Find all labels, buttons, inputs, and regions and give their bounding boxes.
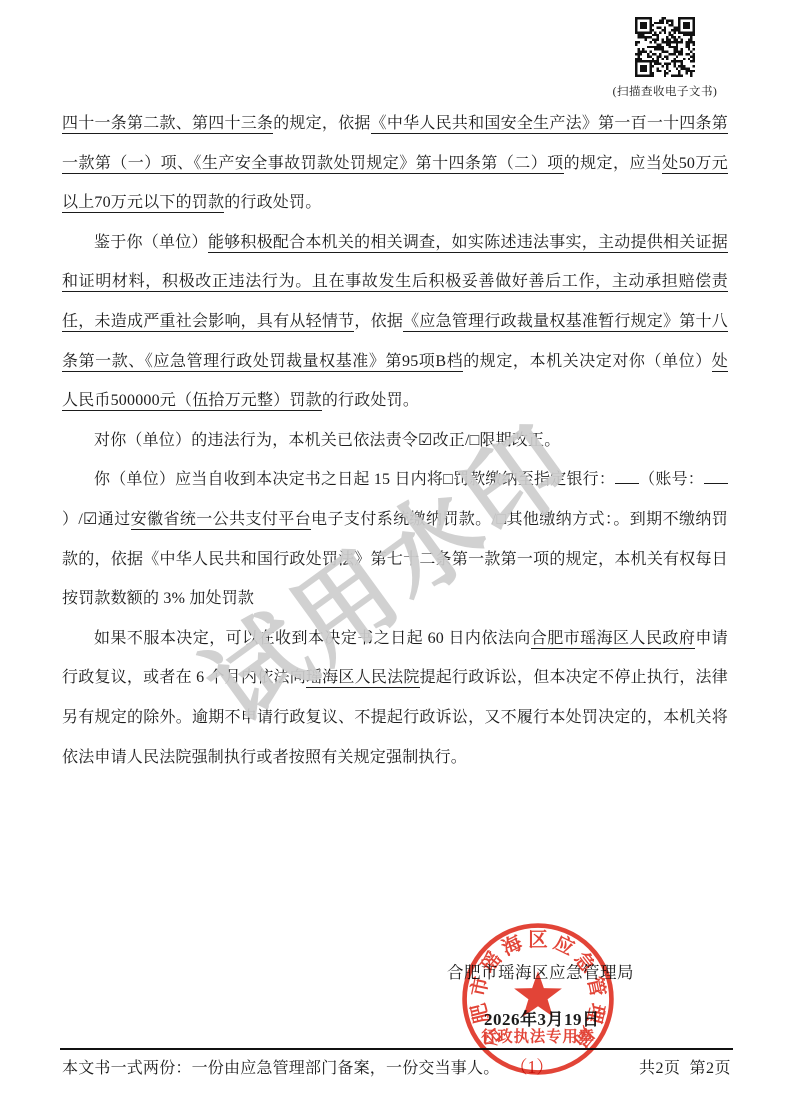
paragraph-2: 鉴于你（单位）能够积极配合本机关的相关调查，如实陈述违法事实，主动提供相关证据和… (62, 223, 728, 421)
document-page: (扫描查收电子文书) 试用水印 四十一条第二款、第四十三条的规定，依据《中华人民… (0, 0, 789, 1119)
blank-field (615, 467, 639, 484)
body-text: 的行政处罚。 (322, 392, 419, 409)
body-text: ，依据 (354, 313, 403, 330)
document-body: 四十一条第二款、第四十三条的规定，依据《中华人民共和国安全生产法》第一百一十四条… (62, 104, 728, 777)
footer-divider (60, 1048, 733, 1050)
seal-ring-char: 理 (582, 1001, 608, 1026)
seal-ring-char: 肥 (468, 1001, 494, 1026)
paragraph-1: 四十一条第二款、第四十三条的规定，依据《中华人民共和国安全生产法》第一百一十四条… (62, 104, 728, 223)
body-text: ）/☑通过 (62, 511, 131, 528)
seal-ring-char: 管 (583, 975, 610, 999)
seal-ring-char: 市 (466, 974, 493, 998)
body-text: （账号： (639, 471, 704, 488)
underlined-text: 四十一条第二款、第四十三条 (62, 115, 273, 134)
seal-star-icon (514, 971, 562, 1016)
underlined-text: 安徽省统一公共支付平台 (131, 511, 311, 530)
seal-ring-char: 区 (528, 929, 548, 951)
body-text: 如果不服本决定，可以在收到本决定书之日起 60 日内依法向 (94, 630, 531, 647)
seal-bottom-text: 行政执法专用章 (481, 1028, 595, 1046)
qr-block: (扫描查收电子文书) (595, 17, 735, 99)
blank-field (704, 467, 728, 484)
body-text: 对你（单位）的违法行为，本机关已依法责令☑改正/□限期改正。 (94, 432, 560, 449)
body-text: 的规定，依据 (273, 115, 370, 132)
body-text: 的行政处罚。 (224, 194, 321, 211)
footer-note: 本文书一式两份：一份由应急管理部门备案，一份交当事人。 (62, 1055, 499, 1078)
paragraph-5: 如果不服本决定，可以在收到本决定书之日起 60 日内依法向合肥市瑶海区人民政府申… (62, 619, 728, 777)
body-text: 的规定，应当 (564, 155, 663, 172)
paragraph-4: 你（单位）应当自收到本决定书之日起 15 日内将□罚款缴纳至指定银行：（账号：）… (62, 460, 728, 618)
seal-icon: 合肥市瑶海区应急管理局 行政执法专用章 (459, 920, 617, 1078)
underlined-text: 瑶海区人民法院 (306, 669, 420, 688)
qr-caption: (扫描查收电子文书) (595, 83, 735, 99)
underlined-text: 合肥市瑶海区人民政府 (531, 630, 696, 649)
qr-code-icon (635, 17, 695, 77)
official-seal: 合肥市瑶海区应急管理局 行政执法专用章 (459, 920, 617, 1078)
body-text: 你（单位）应当自收到本决定书之日起 15 日内将□罚款缴纳至指定银行： (94, 471, 615, 488)
body-text: 的规定，本机关决定对你（单位） (463, 353, 712, 370)
body-text: 鉴于你（单位） (94, 234, 208, 251)
paragraph-3: 对你（单位）的违法行为，本机关已依法责令☑改正/□限期改正。 (62, 421, 728, 461)
page-indicator: 共2页 第2页 (639, 1055, 731, 1078)
